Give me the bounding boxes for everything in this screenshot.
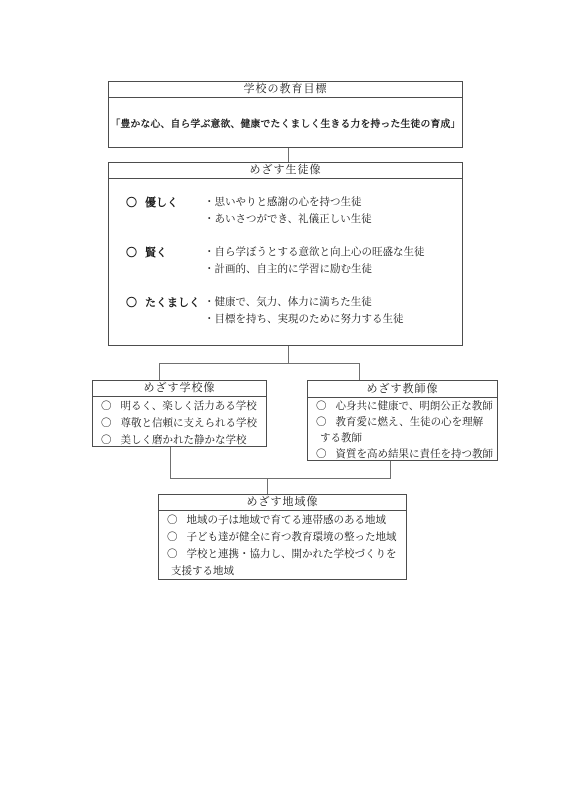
student-group-label-text: 優しく <box>145 197 178 209</box>
community-box-body: 〇地域の子は地域で育てる連帯感のある地域 〇子ども達が健全に育つ教育環境の整った… <box>159 511 406 580</box>
circle-marker-icon: 〇 <box>316 401 327 412</box>
circle-marker-icon: 〇 <box>316 449 327 460</box>
school-item: 〇明るく、楽しく活力ある学校 <box>93 398 266 415</box>
circle-marker-icon: 〇 <box>101 401 112 412</box>
community-item: 〇地域の子は地域で育てる連帯感のある地域 <box>159 512 406 529</box>
students-box-body: 〇優しく ・思いやりと感謝の心を持つ生徒 ・あいさつができ、礼儀正しい生徒 〇賢… <box>109 179 462 328</box>
community-box-header: めざす地域像 <box>159 495 406 511</box>
circle-marker-icon: 〇 <box>167 515 178 526</box>
circle-marker-icon: 〇 <box>167 549 178 560</box>
community-box: めざす地域像 〇地域の子は地域で育てる連帯感のある地域 〇子ども達が健全に育つ教… <box>158 494 407 580</box>
circle-marker-icon: 〇 <box>126 297 137 309</box>
student-group-label: 〇優しく <box>109 195 204 228</box>
goal-statement: 「豊かな心、自ら学ぶ意欲、健康でたくましく生きる力を持った生徒の育成」 <box>111 116 461 130</box>
community-item: 〇子ども達が健全に育つ教育環境の整った地域 <box>159 529 406 546</box>
connector-school-down <box>170 447 171 478</box>
teacher-item: 〇教育愛に燃え、生徒の心を理解する教師 <box>308 415 497 447</box>
teacher-item-text: 資質を高め結果に責任を持つ教師 <box>336 449 494 460</box>
education-goals-diagram-page: 学校の教育目標 「豊かな心、自ら学ぶ意欲、健康でたくましく生きる力を持った生徒の… <box>0 0 566 800</box>
school-box: めざす学校像 〇明るく、楽しく活力ある学校 〇尊敬と信頼に支えられる学校 〇美し… <box>92 380 267 447</box>
teacher-item-text: 教育愛に燃え、生徒の心を理解する教師 <box>320 417 483 444</box>
student-trait-item: ・計画的、自主的に学習に励む生徒 <box>204 262 462 279</box>
teacher-item: 〇資質を高め結果に責任を持つ教師 <box>308 447 497 463</box>
student-trait-item: ・健康で、気力、体力に満ちた生徒 <box>204 295 462 312</box>
connector-merge-horizontal <box>170 478 391 479</box>
school-box-body: 〇明るく、楽しく活力ある学校 〇尊敬と信頼に支えられる学校 〇美しく磨かれた静か… <box>93 397 266 449</box>
connector-goal-to-students <box>288 148 289 162</box>
connector-to-school <box>159 363 160 380</box>
goal-box-body: 「豊かな心、自ら学ぶ意欲、健康でたくましく生きる力を持った生徒の育成」 <box>109 98 462 148</box>
teacher-box-header: めざす教師像 <box>308 381 497 398</box>
student-group-label-text: たくましく <box>145 297 200 309</box>
students-box-header: めざす生徒像 <box>109 163 462 179</box>
student-trait-item: ・自ら学ぼうとする意欲と向上心の旺盛な生徒 <box>204 245 462 262</box>
student-group-items: ・思いやりと感謝の心を持つ生徒 ・あいさつができ、礼儀正しい生徒 <box>204 195 462 228</box>
students-box: めざす生徒像 〇優しく ・思いやりと感謝の心を持つ生徒 ・あいさつができ、礼儀正… <box>108 162 463 346</box>
community-item-text: 子ども達が健全に育つ教育環境の整った地域 <box>187 532 397 543</box>
student-group-label-text: 賢く <box>145 247 167 259</box>
student-group-items: ・自ら学ぼうとする意欲と向上心の旺盛な生徒 ・計画的、自主的に学習に励む生徒 <box>204 245 462 278</box>
school-item-text: 美しく磨かれた静かな学校 <box>121 435 247 446</box>
goal-box: 学校の教育目標 「豊かな心、自ら学ぶ意欲、健康でたくましく生きる力を持った生徒の… <box>108 81 463 148</box>
student-group-label: 〇賢く <box>109 245 204 278</box>
teacher-item-text: 心身共に健康で、明朗公正な教師 <box>336 401 493 412</box>
student-group-wise: 〇賢く ・自ら学ぼうとする意欲と向上心の旺盛な生徒 ・計画的、自主的に学習に励む… <box>109 245 462 278</box>
connector-students-down <box>288 346 289 363</box>
student-group-strong: 〇たくましく ・健康で、気力、体力に満ちた生徒 ・目標を持ち、実現のために努力す… <box>109 295 462 328</box>
student-trait-item: ・あいさつができ、礼儀正しい生徒 <box>204 212 462 229</box>
circle-marker-icon: 〇 <box>167 532 178 543</box>
student-trait-item: ・目標を持ち、実現のために努力する生徒 <box>204 312 462 329</box>
goal-box-header: 学校の教育目標 <box>109 82 462 98</box>
school-item-text: 尊敬と信頼に支えられる学校 <box>121 418 258 429</box>
teacher-box: めざす教師像 〇心身共に健康で、明朗公正な教師 〇教育愛に燃え、生徒の心を理解す… <box>307 380 498 461</box>
community-item-text: 学校と連携・協力し、開かれた学校づくりを支援する地域 <box>171 549 397 577</box>
school-item-text: 明るく、楽しく活力ある学校 <box>121 401 257 412</box>
circle-marker-icon: 〇 <box>126 197 137 209</box>
connector-teacher-down <box>390 461 391 478</box>
connector-to-community <box>267 478 268 494</box>
connector-branch-horizontal <box>159 363 360 364</box>
student-group-items: ・健康で、気力、体力に満ちた生徒 ・目標を持ち、実現のために努力する生徒 <box>204 295 462 328</box>
connector-to-teacher <box>359 363 360 380</box>
student-group-label: 〇たくましく <box>109 295 204 328</box>
circle-marker-icon: 〇 <box>316 417 327 428</box>
school-box-header: めざす学校像 <box>93 381 266 397</box>
circle-marker-icon: 〇 <box>101 418 112 429</box>
community-item: 〇学校と連携・協力し、開かれた学校づくりを支援する地域 <box>159 546 406 580</box>
community-item-text: 地域の子は地域で育てる連帯感のある地域 <box>187 515 387 526</box>
school-item: 〇美しく磨かれた静かな学校 <box>93 432 266 449</box>
school-item: 〇尊敬と信頼に支えられる学校 <box>93 415 266 432</box>
teacher-item: 〇心身共に健康で、明朗公正な教師 <box>308 399 497 415</box>
circle-marker-icon: 〇 <box>101 435 112 446</box>
student-group-kind: 〇優しく ・思いやりと感謝の心を持つ生徒 ・あいさつができ、礼儀正しい生徒 <box>109 195 462 228</box>
student-trait-item: ・思いやりと感謝の心を持つ生徒 <box>204 195 462 212</box>
teacher-box-body: 〇心身共に健康で、明朗公正な教師 〇教育愛に燃え、生徒の心を理解する教師 〇資質… <box>308 398 497 463</box>
circle-marker-icon: 〇 <box>126 247 137 259</box>
